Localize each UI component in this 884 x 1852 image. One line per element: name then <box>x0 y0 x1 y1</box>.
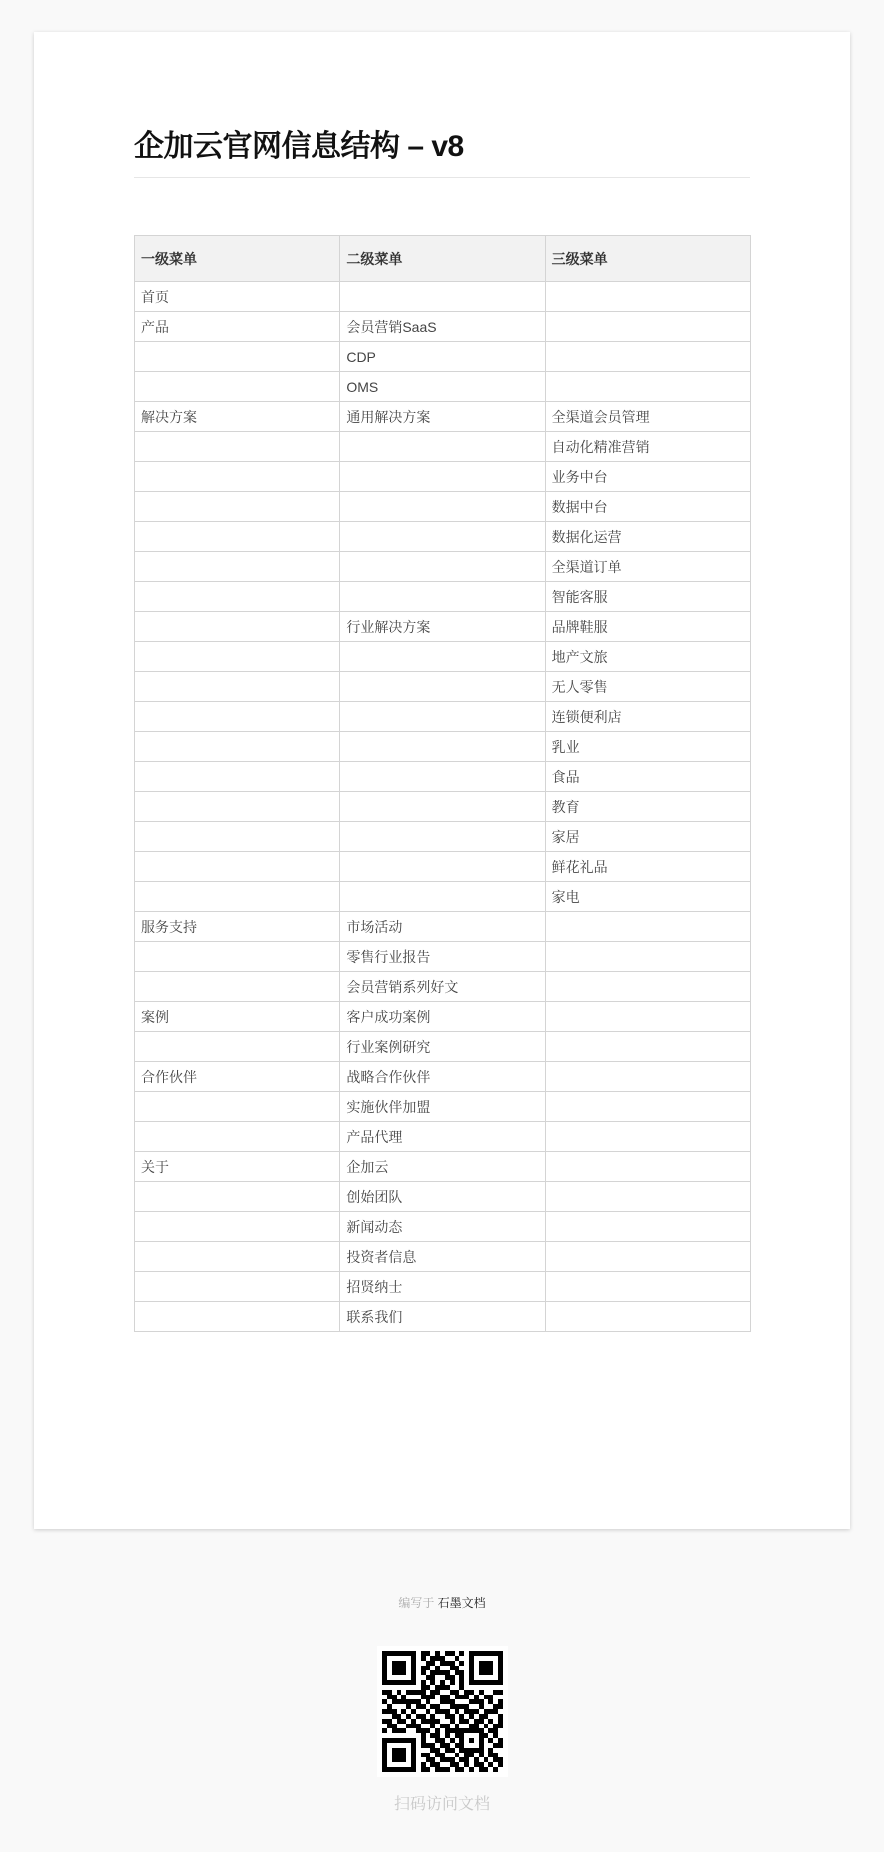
table-cell-level-2: 行业解决方案 <box>340 612 545 642</box>
table-cell-level-3 <box>545 1212 750 1242</box>
table-cell-level-1 <box>135 372 340 402</box>
table-cell-level-2: 零售行业报告 <box>340 942 545 972</box>
table-cell-level-3 <box>545 942 750 972</box>
table-row: 会员营销系列好文 <box>135 972 751 1002</box>
table-row: 自动化精准营销 <box>135 432 751 462</box>
table-cell-level-2: 新闻动态 <box>340 1212 545 1242</box>
table-row: 关于企加云 <box>135 1152 751 1182</box>
table-cell-level-2 <box>340 852 545 882</box>
table-header-row: 一级菜单 二级菜单 三级菜单 <box>135 236 751 282</box>
table-cell-level-2 <box>340 672 545 702</box>
qr-caption: 扫码访问文档 <box>0 1794 884 1816</box>
table-cell-level-3 <box>545 1302 750 1332</box>
table-row: 产品代理 <box>135 1122 751 1152</box>
table-cell-level-2: 客户成功案例 <box>340 1002 545 1032</box>
table-cell-level-3: 自动化精准营销 <box>545 432 750 462</box>
table-cell-level-2: 投资者信息 <box>340 1242 545 1272</box>
table-cell-level-3 <box>545 1122 750 1152</box>
table-cell-level-2: 创始团队 <box>340 1182 545 1212</box>
credit-prefix: 编写于 <box>398 1596 434 1610</box>
table-cell-level-3: 食品 <box>545 762 750 792</box>
table-cell-level-2 <box>340 642 545 672</box>
table-cell-level-3: 鲜花礼品 <box>545 852 750 882</box>
table-cell-level-2: 会员营销SaaS <box>340 312 545 342</box>
table-cell-level-1 <box>135 942 340 972</box>
table-cell-level-1 <box>135 972 340 1002</box>
table-cell-level-3: 地产文旅 <box>545 642 750 672</box>
table-cell-level-3 <box>545 1062 750 1092</box>
table-cell-level-3: 全渠道会员管理 <box>545 402 750 432</box>
table-cell-level-3: 教育 <box>545 792 750 822</box>
table-row: 地产文旅 <box>135 642 751 672</box>
qr-code <box>377 1646 508 1777</box>
table-cell-level-1 <box>135 822 340 852</box>
table-row: 服务支持市场活动 <box>135 912 751 942</box>
table-cell-level-2: 市场活动 <box>340 912 545 942</box>
table-cell-level-2: 会员营销系列好文 <box>340 972 545 1002</box>
header-level-3: 三级菜单 <box>545 236 750 282</box>
table-row: 案例客户成功案例 <box>135 1002 751 1032</box>
table-cell-level-1 <box>135 762 340 792</box>
table-cell-level-1: 解决方案 <box>135 402 340 432</box>
table-cell-level-3: 业务中台 <box>545 462 750 492</box>
table-cell-level-3 <box>545 912 750 942</box>
table-cell-level-2 <box>340 582 545 612</box>
table-row: CDP <box>135 342 751 372</box>
table-cell-level-1 <box>135 1272 340 1302</box>
table-cell-level-1 <box>135 582 340 612</box>
table-cell-level-2: OMS <box>340 372 545 402</box>
table-cell-level-3 <box>545 972 750 1002</box>
qr-code-icon <box>382 1651 503 1772</box>
table-cell-level-3 <box>545 342 750 372</box>
table-cell-level-2 <box>340 732 545 762</box>
table-cell-level-3: 无人零售 <box>545 672 750 702</box>
table-row: 全渠道订单 <box>135 552 751 582</box>
table-row: 无人零售 <box>135 672 751 702</box>
table-cell-level-1 <box>135 612 340 642</box>
table-cell-level-2: 产品代理 <box>340 1122 545 1152</box>
table-cell-level-1 <box>135 342 340 372</box>
table-cell-level-1 <box>135 1212 340 1242</box>
table-cell-level-2 <box>340 762 545 792</box>
table-row: 行业案例研究 <box>135 1032 751 1062</box>
table-cell-level-1: 首页 <box>135 282 340 312</box>
table-row: 投资者信息 <box>135 1242 751 1272</box>
table-cell-level-1 <box>135 432 340 462</box>
table-cell-level-1 <box>135 882 340 912</box>
table-cell-level-2 <box>340 792 545 822</box>
table-cell-level-2: 通用解决方案 <box>340 402 545 432</box>
credit-brand-link[interactable]: 石墨文档 <box>438 1596 486 1610</box>
table-row: 家电 <box>135 882 751 912</box>
table-row: 产品会员营销SaaS <box>135 312 751 342</box>
table-cell-level-1: 关于 <box>135 1152 340 1182</box>
table-row: 合作伙伴战略合作伙伴 <box>135 1062 751 1092</box>
table-cell-level-3 <box>545 1182 750 1212</box>
table-row: 实施伙伴加盟 <box>135 1092 751 1122</box>
table-cell-level-3: 智能客服 <box>545 582 750 612</box>
table-cell-level-3: 家居 <box>545 822 750 852</box>
table-cell-level-2 <box>340 432 545 462</box>
table-body: 首页产品会员营销SaaSCDPOMS解决方案通用解决方案全渠道会员管理自动化精准… <box>135 282 751 1332</box>
table-cell-level-2: 招贤纳士 <box>340 1272 545 1302</box>
table-row: 智能客服 <box>135 582 751 612</box>
table-cell-level-3: 品牌鞋服 <box>545 612 750 642</box>
table-row: 鲜花礼品 <box>135 852 751 882</box>
table-cell-level-1: 服务支持 <box>135 912 340 942</box>
table-cell-level-2: 行业案例研究 <box>340 1032 545 1062</box>
table-row: 行业解决方案品牌鞋服 <box>135 612 751 642</box>
table-cell-level-1 <box>135 792 340 822</box>
table-cell-level-3: 乳业 <box>545 732 750 762</box>
table-cell-level-3 <box>545 1152 750 1182</box>
table-cell-level-2 <box>340 492 545 522</box>
table-row: 解决方案通用解决方案全渠道会员管理 <box>135 402 751 432</box>
table-cell-level-1 <box>135 1092 340 1122</box>
table-row: 联系我们 <box>135 1302 751 1332</box>
table-cell-level-3 <box>545 1272 750 1302</box>
table-row: 首页 <box>135 282 751 312</box>
page-title: 企加云官网信息结构 – v8 <box>134 127 464 167</box>
table-cell-level-1 <box>135 492 340 522</box>
table-row: 连锁便利店 <box>135 702 751 732</box>
table-cell-level-1 <box>135 1182 340 1212</box>
table-cell-level-3 <box>545 312 750 342</box>
table-cell-level-2 <box>340 702 545 732</box>
table-cell-level-2 <box>340 282 545 312</box>
table-cell-level-3 <box>545 1032 750 1062</box>
table-row: 数据中台 <box>135 492 751 522</box>
table-cell-level-1: 产品 <box>135 312 340 342</box>
table-row: 创始团队 <box>135 1182 751 1212</box>
table-cell-level-1 <box>135 1242 340 1272</box>
table-cell-level-3 <box>545 1242 750 1272</box>
table-cell-level-3 <box>545 282 750 312</box>
table-cell-level-2 <box>340 462 545 492</box>
table-cell-level-1 <box>135 702 340 732</box>
table-cell-level-1 <box>135 732 340 762</box>
table-cell-level-1 <box>135 642 340 672</box>
header-level-1: 一级菜单 <box>135 236 340 282</box>
table-cell-level-3: 数据中台 <box>545 492 750 522</box>
table-cell-level-1 <box>135 1122 340 1152</box>
table-cell-level-3 <box>545 1092 750 1122</box>
document-card: 企加云官网信息结构 – v8 一级菜单 二级菜单 三级菜单 首页产品会员营销Sa… <box>34 32 850 1529</box>
table-cell-level-1 <box>135 1032 340 1062</box>
table-cell-level-3 <box>545 1002 750 1032</box>
table-cell-level-1: 合作伙伴 <box>135 1062 340 1092</box>
table-row: OMS <box>135 372 751 402</box>
table-row: 数据化运营 <box>135 522 751 552</box>
table-cell-level-2: 实施伙伴加盟 <box>340 1092 545 1122</box>
table-row: 业务中台 <box>135 462 751 492</box>
table-cell-level-2: 企加云 <box>340 1152 545 1182</box>
table-cell-level-3: 数据化运营 <box>545 522 750 552</box>
table-cell-level-2: 战略合作伙伴 <box>340 1062 545 1092</box>
table-cell-level-2 <box>340 522 545 552</box>
table-cell-level-3: 连锁便利店 <box>545 702 750 732</box>
table-cell-level-3: 全渠道订单 <box>545 552 750 582</box>
table-cell-level-2 <box>340 822 545 852</box>
header-level-2: 二级菜单 <box>340 236 545 282</box>
table-cell-level-1 <box>135 1302 340 1332</box>
table-cell-level-1: 案例 <box>135 1002 340 1032</box>
table-row: 家居 <box>135 822 751 852</box>
footer-credit: 编写于 石墨文档 <box>0 1594 884 1612</box>
title-divider <box>134 177 750 178</box>
table-row: 新闻动态 <box>135 1212 751 1242</box>
info-architecture-table: 一级菜单 二级菜单 三级菜单 首页产品会员营销SaaSCDPOMS解决方案通用解… <box>134 235 751 1332</box>
table-cell-level-1 <box>135 552 340 582</box>
table-row: 零售行业报告 <box>135 942 751 972</box>
table-cell-level-3 <box>545 372 750 402</box>
table-cell-level-2 <box>340 552 545 582</box>
table-row: 乳业 <box>135 732 751 762</box>
table-row: 教育 <box>135 792 751 822</box>
table-cell-level-3: 家电 <box>545 882 750 912</box>
table-cell-level-1 <box>135 462 340 492</box>
table-cell-level-1 <box>135 672 340 702</box>
table-cell-level-2: CDP <box>340 342 545 372</box>
table-cell-level-2 <box>340 882 545 912</box>
table-cell-level-1 <box>135 522 340 552</box>
table-cell-level-2: 联系我们 <box>340 1302 545 1332</box>
table-cell-level-1 <box>135 852 340 882</box>
table-row: 招贤纳士 <box>135 1272 751 1302</box>
table-row: 食品 <box>135 762 751 792</box>
